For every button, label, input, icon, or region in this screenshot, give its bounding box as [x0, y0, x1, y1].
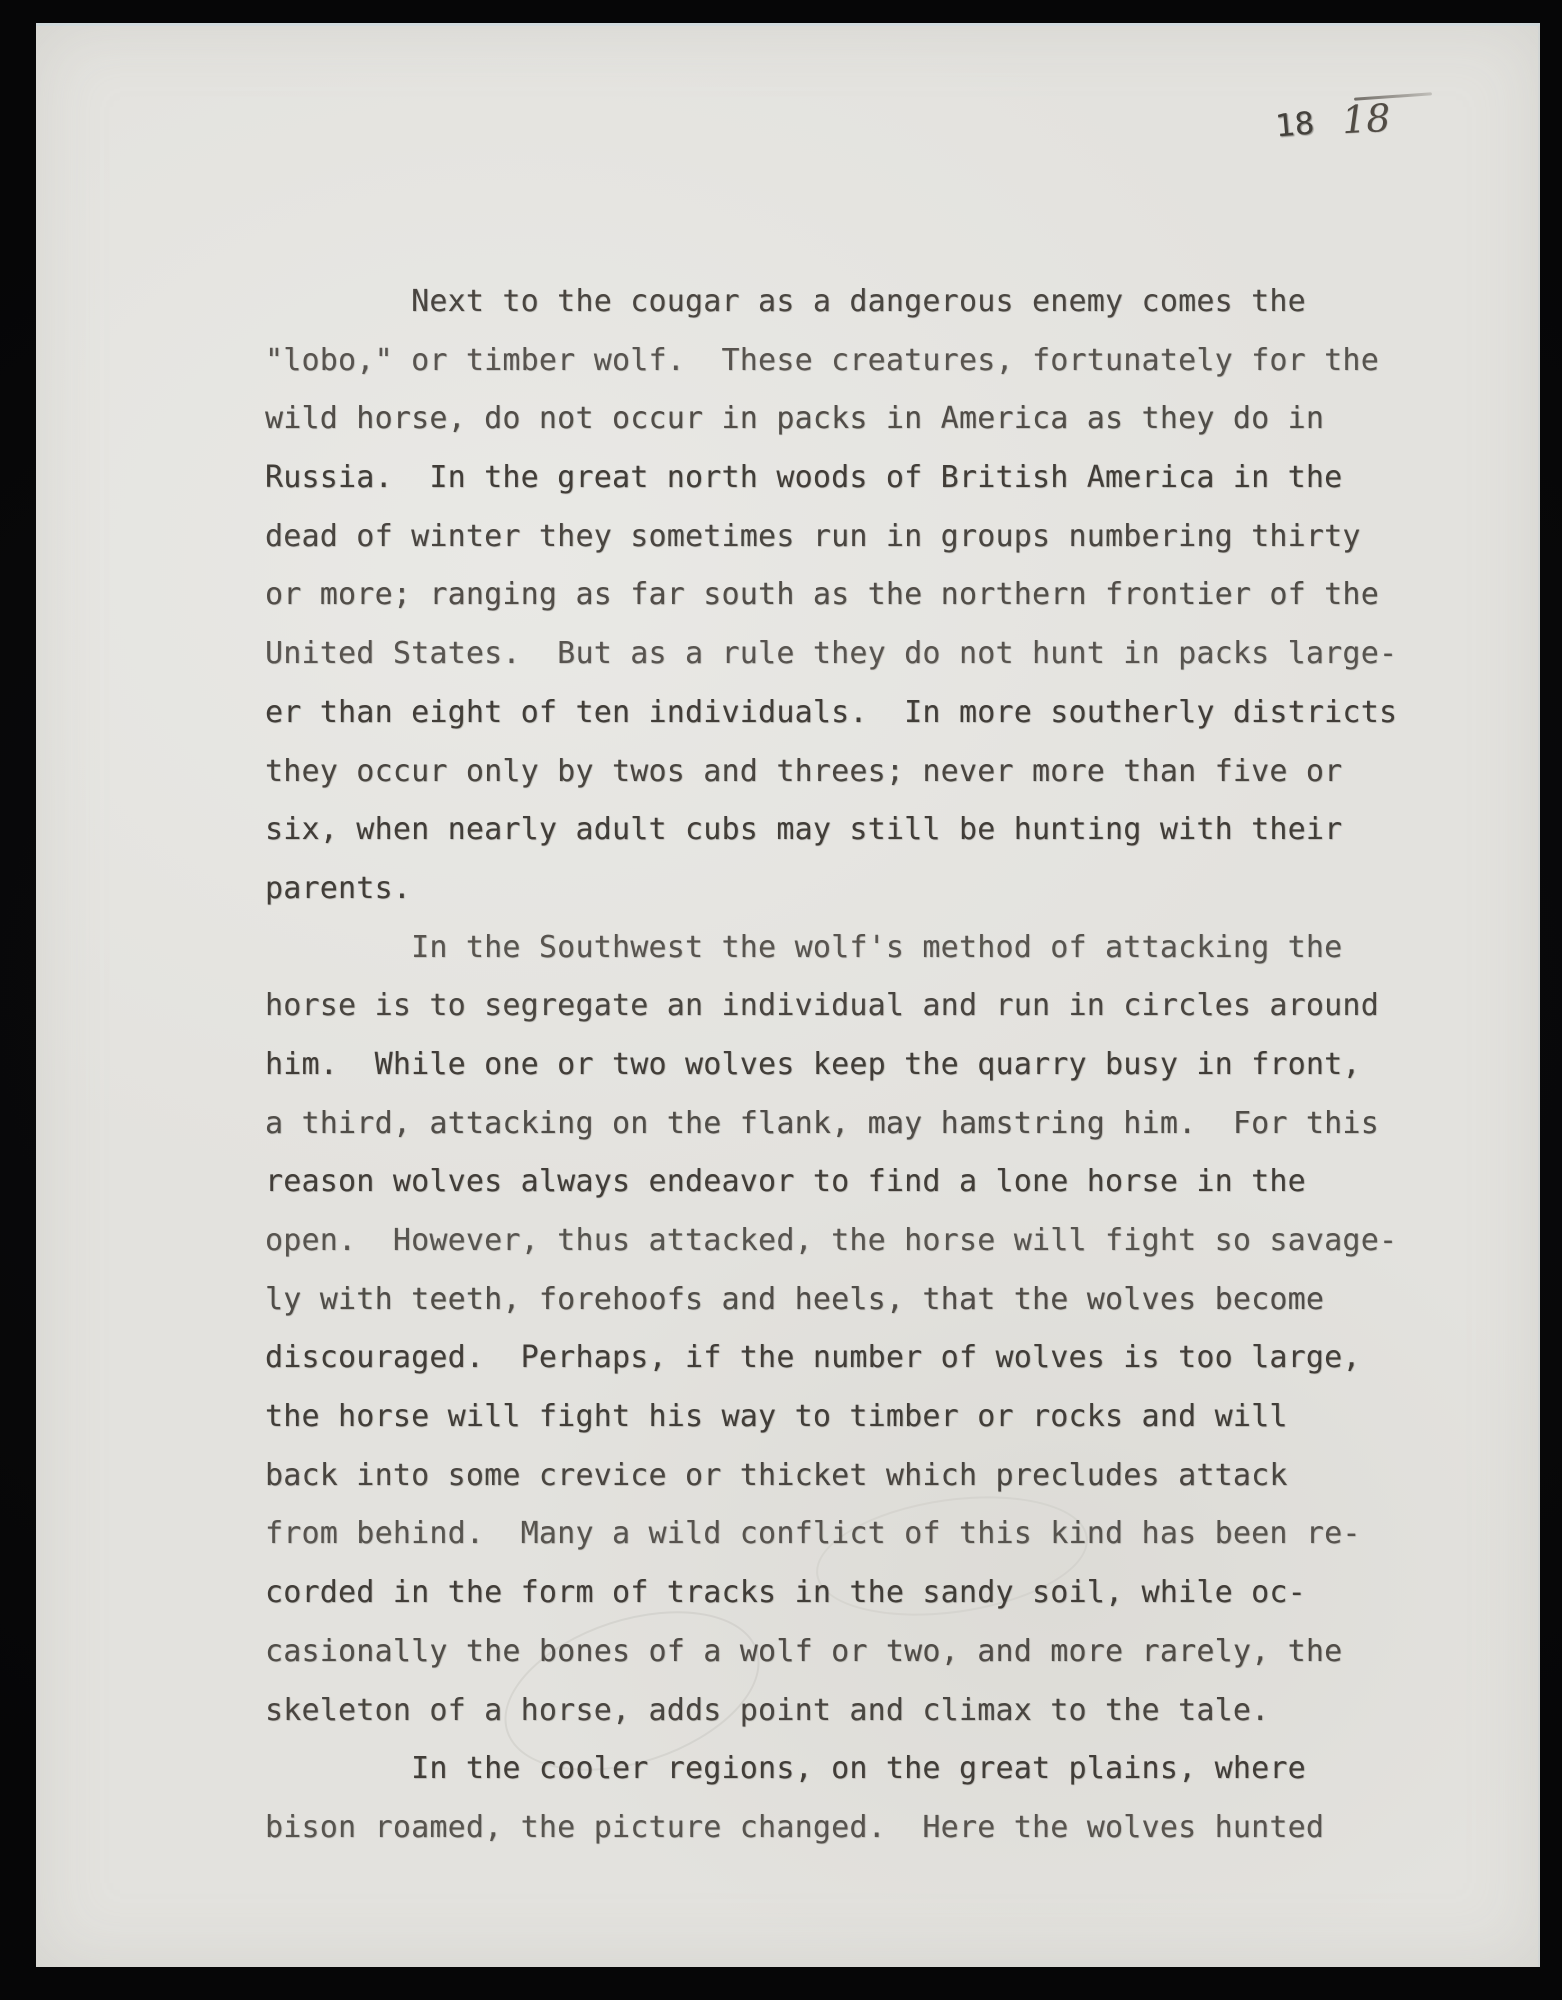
text-line: reason wolves always endeavor to find a …	[265, 1153, 1445, 1212]
text-line: they occur only by twos and threes; neve…	[265, 743, 1445, 802]
text-line: discouraged. Perhaps, if the number of w…	[265, 1329, 1445, 1388]
text-line: parents.	[265, 860, 1445, 919]
text-line: er than eight of ten individuals. In mor…	[265, 684, 1445, 743]
text-line: bison roamed, the picture changed. Here …	[265, 1799, 1445, 1858]
text-line: six, when nearly adult cubs may still be…	[265, 801, 1445, 860]
manuscript-page: 18 18 Next to the cougar as a dangerous …	[36, 23, 1540, 1967]
text-line: dead of winter they sometimes run in gro…	[265, 508, 1445, 567]
text-line: casionally the bones of a wolf or two, a…	[265, 1623, 1445, 1682]
text-line: Next to the cougar as a dangerous enemy …	[265, 273, 1445, 332]
text-line: or more; ranging as far south as the nor…	[265, 566, 1445, 625]
text-line: ly with teeth, forehoofs and heels, that…	[265, 1271, 1445, 1330]
text-line: corded in the form of tracks in the sand…	[265, 1564, 1445, 1623]
text-line: wild horse, do not occur in packs in Ame…	[265, 390, 1445, 449]
page-number-handwritten: 18	[1341, 96, 1392, 142]
scan-background: 18 18 Next to the cougar as a dangerous …	[0, 0, 1562, 2000]
text-line: In the Southwest the wolf's method of at…	[265, 919, 1445, 978]
text-line: a third, attacking on the flank, may ham…	[265, 1095, 1445, 1154]
text-line: back into some crevice or thicket which …	[265, 1447, 1445, 1506]
text-line: "lobo," or timber wolf. These creatures,…	[265, 332, 1445, 391]
text-line: In the cooler regions, on the great plai…	[265, 1740, 1445, 1799]
text-line: him. While one or two wolves keep the qu…	[265, 1036, 1445, 1095]
text-line: horse is to segregate an individual and …	[265, 977, 1445, 1036]
text-line: Russia. In the great north woods of Brit…	[265, 449, 1445, 508]
text-line: United States. But as a rule they do not…	[265, 625, 1445, 684]
text-block: Next to the cougar as a dangerous enemy …	[265, 273, 1445, 1858]
text-line: from behind. Many a wild conflict of thi…	[265, 1505, 1445, 1564]
text-line: skeleton of a horse, adds point and clim…	[265, 1682, 1445, 1741]
page-number-typed: 18	[1274, 105, 1316, 144]
text-line: open. However, thus attacked, the horse …	[265, 1212, 1445, 1271]
text-line: the horse will fight his way to timber o…	[265, 1388, 1445, 1447]
